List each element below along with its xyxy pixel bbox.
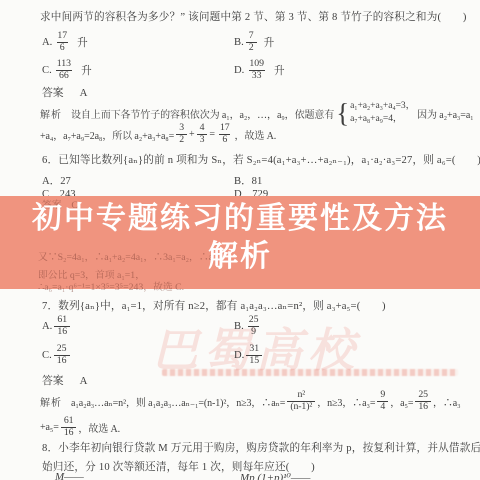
analysis-label: 解析 <box>40 106 62 121</box>
unit-label: 升 <box>274 63 285 78</box>
q5-option-c: C. 113 66 升 <box>42 59 92 81</box>
banner-title-line1: 初中专题练习的重要性及方法 <box>0 200 480 238</box>
analysis-text: ，故选 A. <box>235 127 277 142</box>
fraction-numerator: 109 <box>246 59 267 70</box>
q5-option-b: B. 7 2 升 <box>234 31 274 53</box>
fraction-numerator: 25 <box>54 344 70 355</box>
fraction: 4 3 <box>197 123 208 145</box>
analysis-label: 解析 <box>40 394 62 409</box>
fraction-denominator: 33 <box>249 70 265 82</box>
option-label: C. <box>42 350 52 361</box>
q8-option-b-fragment: Mp (1+p)¹⁰—— <box>240 471 310 480</box>
fraction-numerator: 7 <box>246 31 257 42</box>
option-label: D. <box>234 65 244 76</box>
fraction-denominator: 6 <box>57 42 68 54</box>
q5-option-d: D. 109 33 升 <box>234 59 285 81</box>
q6-hidden-analysis-3: ∴a₆=a₁·q⁶⁻¹=1×3⁵=3⁵=243，故选 C. <box>38 279 184 293</box>
q5-stem: 求中间两节的容积各为多少？” 该问题中第 2 节、第 3 节、第 8 节竹子的容… <box>40 9 467 24</box>
q8-option-a-fragment: M—— <box>55 471 84 480</box>
option-label: A. <box>42 321 52 332</box>
exam-page: 求中间两节的容积各为多少？” 该问题中第 2 节、第 3 节、第 8 节竹子的容… <box>0 0 480 480</box>
plus-operator: + <box>189 129 195 140</box>
fraction: 31 15 <box>246 344 262 366</box>
analysis-text: +a₄，a₇+a₉=2a₈，所以 a₂+a₃+a₈= <box>40 127 174 142</box>
analysis-text: a₁a₂a₃…aₙ=n²，则 a₁a₂a₃…aₙ₋₁=(n-1)²，n≥3，∴a… <box>71 394 285 409</box>
fraction: 25 16 <box>415 390 431 412</box>
fraction: 9 4 <box>377 390 388 412</box>
q7-option-b: B. 25 9 <box>234 315 264 337</box>
fraction-numerator: 61 <box>61 416 77 427</box>
fraction: n² (n-1)² <box>287 390 315 412</box>
fraction-denominator: 9 <box>248 326 259 338</box>
option-label: A. <box>42 37 52 48</box>
fraction-denominator: 66 <box>56 70 72 82</box>
q7-stem: 7．数列{aₙ}中，a₁=1，对所有 n≥2，都有 a₁a₂a₃…aₙ=n²，则… <box>42 298 386 313</box>
fraction-numerator: 31 <box>246 344 262 355</box>
q7-analysis-line1: 解析 a₁a₂a₃…aₙ=n²，则 a₁a₂a₃…aₙ₋₁=(n-1)²，n≥3… <box>40 386 461 416</box>
brace-glyph: { <box>336 102 349 125</box>
fraction-denominator: 3 <box>197 134 208 146</box>
fraction-numerator: 4 <box>197 123 208 134</box>
option-label: B. <box>234 37 244 48</box>
analysis-text: +a₅= <box>40 422 59 433</box>
fraction-denominator: 2 <box>176 134 187 146</box>
fraction: 17 6 <box>54 31 70 53</box>
fraction-denominator: 16 <box>415 401 431 413</box>
analysis-text: 因为 a₂+a₃=a₁ <box>417 106 473 121</box>
q7-analysis-line2: +a₅= 61 16 ，故选 A. <box>40 413 120 441</box>
q6-stem: 6．已知等比数列{aₙ}的前 n 项和为 Sₙ，若 S₂ₙ=4(a₁+a₃+…+… <box>42 152 480 167</box>
fraction: 25 16 <box>54 344 70 366</box>
fraction: 3 2 <box>176 123 187 145</box>
fraction-denominator: 4 <box>377 401 388 413</box>
fraction: 61 16 <box>54 315 70 337</box>
fraction-denominator: 6 <box>219 134 230 146</box>
fraction-denominator: 16 <box>54 326 70 338</box>
q7-option-d: D. 31 15 <box>234 344 264 366</box>
q7-option-a: A. 61 16 <box>42 315 72 337</box>
option-label: C. <box>42 65 52 76</box>
promo-banner: 答案 C 又∵S₂=4a₁，∴a₁+a₂=4a₁，∴3a₁=a₂，∴a 即公比 … <box>0 196 480 289</box>
fraction: 109 33 <box>246 59 267 81</box>
fraction-numerator: 61 <box>54 315 70 326</box>
banner-title-line2: 解析 <box>0 238 480 276</box>
fraction-numerator: 25 <box>246 315 262 326</box>
fraction-numerator: 3 <box>176 123 187 134</box>
fraction: 113 66 <box>54 59 74 81</box>
unit-label: 升 <box>81 63 92 78</box>
analysis-text: ，a₅= <box>390 394 413 409</box>
q5-option-a: A. 17 6 升 <box>42 31 88 53</box>
analysis-text: ，故选 A. <box>78 420 120 435</box>
system-eq-2: a₇+a₈+a₉=4， <box>350 113 415 126</box>
fraction-numerator: 25 <box>415 390 431 401</box>
unit-label: 升 <box>264 35 275 50</box>
equals-operator: = <box>209 129 215 140</box>
q7-option-c: C. 25 16 <box>42 344 72 366</box>
banner-title-block: 初中专题练习的重要性及方法 解析 <box>0 196 480 276</box>
fraction-denominator: 16 <box>54 355 70 367</box>
analysis-text: ，n≥3，∴a₃= <box>317 394 375 409</box>
equation-system: { a₁+a₂+a₃+a₄=3， a₇+a₈+a₉=4， <box>336 100 415 126</box>
fraction-numerator: 9 <box>377 390 388 401</box>
fraction-denominator: (n-1)² <box>287 401 315 413</box>
fraction: 7 2 <box>246 31 257 53</box>
q5-analysis-line2: +a₄，a₇+a₉=2a₈，所以 a₂+a₃+a₈= 3 2 + 4 3 = 1… <box>40 120 276 148</box>
fraction-numerator: 113 <box>54 59 74 70</box>
q8-stem-line1: 8．小李年初向银行贷款 M 万元用于购房，购房贷款的年利率为 p，按复利计算，并… <box>42 440 480 455</box>
fraction-numerator: n² <box>294 390 308 401</box>
system-eq-1: a₁+a₂+a₃+a₄=3， <box>350 100 415 113</box>
fraction-denominator: 2 <box>246 42 257 54</box>
fraction: 61 16 <box>61 416 77 438</box>
option-label: D. <box>234 350 244 361</box>
watermark-subtext <box>162 369 458 376</box>
fraction-numerator: 17 <box>217 123 233 134</box>
analysis-text: ，∴a₃ <box>433 394 461 409</box>
option-label: B. <box>234 321 244 332</box>
fraction-denominator: 15 <box>246 355 262 367</box>
fraction-denominator: 16 <box>61 427 77 439</box>
fraction: 17 6 <box>217 123 233 145</box>
analysis-text: 设自上而下各节竹子的容积依次为 a₁，a₂，…，a₉，依题意有 <box>71 106 334 121</box>
fraction-numerator: 17 <box>54 31 70 42</box>
unit-label: 升 <box>77 35 88 50</box>
fraction: 25 9 <box>246 315 262 337</box>
